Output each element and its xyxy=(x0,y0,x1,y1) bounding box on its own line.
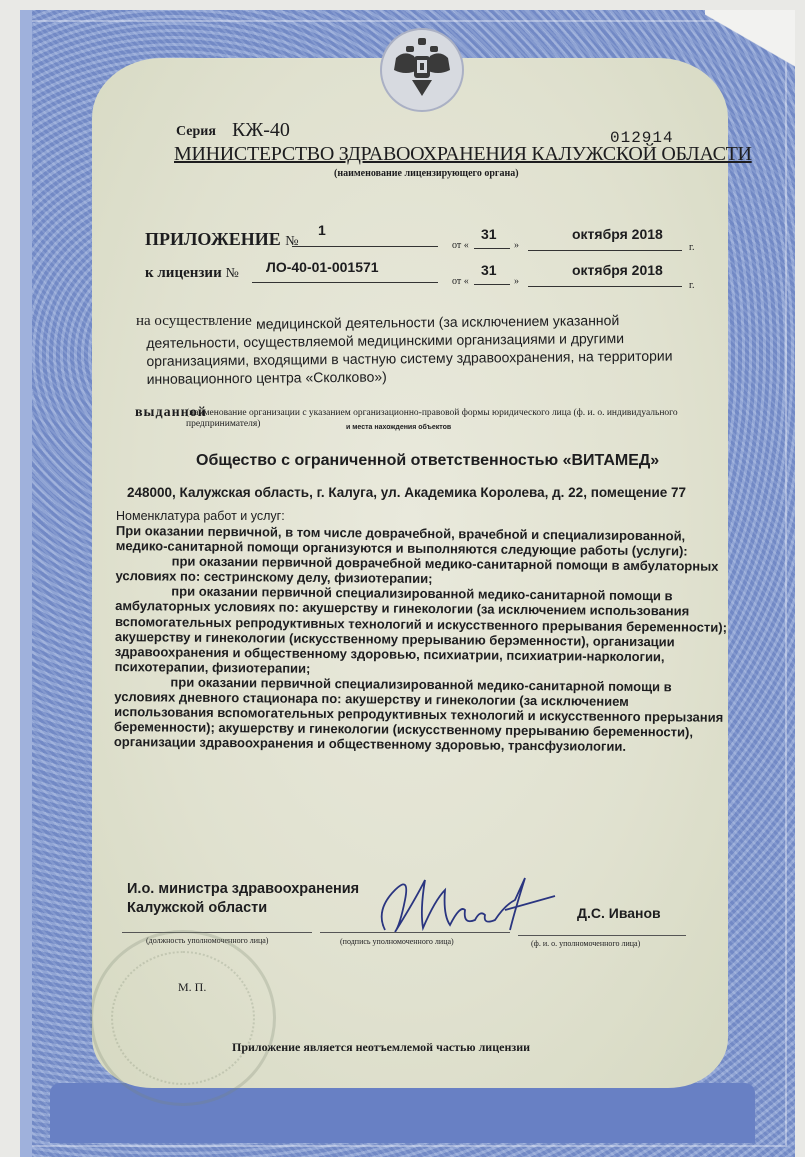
activity-description: медицинской деятельности (за исключением… xyxy=(146,310,677,388)
appendix-month-line xyxy=(528,250,682,251)
double-headed-eagle-icon xyxy=(390,36,454,102)
appendix-year-suffix: г. xyxy=(689,242,694,253)
signature-caption: (подпись уполномоченного лица) xyxy=(340,937,454,946)
signatory-position-line2: Калужской области xyxy=(127,899,359,918)
nomenclature-paragraph: при оказании первичной специализированно… xyxy=(114,674,727,755)
license-from-label: от « xyxy=(452,276,469,287)
signatory-position-line1: И.о. министра здравоохранения xyxy=(127,880,359,899)
appendix-number-line xyxy=(292,246,438,247)
seal-stamp xyxy=(90,930,276,1106)
license-number-line xyxy=(252,282,438,283)
license-number: ЛО-40-01-001571 xyxy=(266,259,379,275)
appendix-month-year: октября 2018 xyxy=(572,226,663,242)
appendix-from-label: от « xyxy=(452,240,469,251)
licensing-body-caption: (наименование лицензирующего органа) xyxy=(334,168,519,179)
nomenclature-body: При оказании первичной, в том числе довр… xyxy=(114,523,728,755)
organization-name: Общество с ограниченной ответственностью… xyxy=(196,452,659,470)
coat-of-arms-emblem xyxy=(380,28,464,112)
signatory-position: И.о. министра здравоохранения Калужской … xyxy=(127,880,359,918)
license-quote-close: » xyxy=(514,276,519,287)
appendix-day: 31 xyxy=(481,226,497,242)
handwritten-signature xyxy=(365,870,565,940)
footer-note: Приложение является неотъемлемой частью … xyxy=(232,1040,530,1055)
name-caption: (ф. и. о. уполномоченного лица) xyxy=(531,939,640,948)
licensing-body: МИНИСТЕРСТВО ЗДРАВООХРАНЕНИЯ КАЛУЖСКОЙ О… xyxy=(174,143,752,166)
position-line xyxy=(122,932,312,933)
signature-line xyxy=(320,932,510,933)
appendix-label: ПРИЛОЖЕНИЕ № xyxy=(145,229,299,250)
nomenclature-paragraph: при оказании первичной специализированно… xyxy=(115,583,728,679)
appendix-day-line xyxy=(474,248,510,249)
appendix-quote-close: » xyxy=(514,240,519,251)
nomenclature-title: Номенклатура работ и услуг: xyxy=(116,509,285,523)
license-year-suffix: г. xyxy=(689,280,694,291)
license-day: 31 xyxy=(481,262,497,278)
license-label: к лицензии № xyxy=(145,265,239,282)
series-value: КЖ-40 xyxy=(232,119,290,142)
signatory-name: Д.С. Иванов xyxy=(577,905,661,921)
organization-address: 248000, Калужская область, г. Калуга, ул… xyxy=(127,485,686,500)
page-corner xyxy=(705,10,795,70)
series-label: Серия xyxy=(176,124,216,140)
name-line xyxy=(518,935,686,936)
license-month-line xyxy=(528,286,682,287)
appendix-number: 1 xyxy=(318,222,326,238)
issued-caption-addition: и места нахождения объектов xyxy=(346,424,451,431)
license-month-year: октября 2018 xyxy=(572,262,663,278)
license-day-line xyxy=(474,284,510,285)
stamp-label: М. П. xyxy=(178,980,206,995)
